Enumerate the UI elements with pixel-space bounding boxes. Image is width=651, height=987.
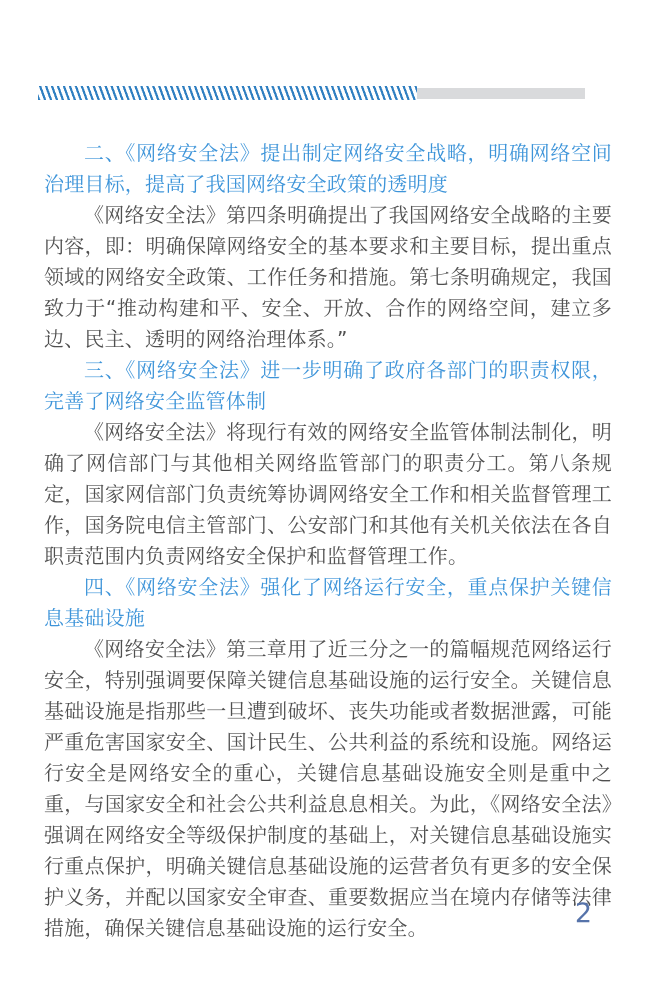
section-heading-4: 四、《网络安全法》强化了网络运行安全，重点保护关键信息基础设施 — [44, 572, 612, 634]
section-paragraph-4: 《网络安全法》第三章用了近三分之一的篇幅规范网络运行安全，特别强调要保障关键信息… — [44, 634, 612, 944]
page-content: 二、《网络安全法》提出制定网络安全战略，明确网络空间治理目标，提高了我国网络安全… — [44, 138, 612, 944]
section-paragraph-3: 《网络安全法》将现行有效的网络安全监管体制法制化，明确了网信部门与其他相关网络监… — [44, 417, 612, 572]
section-heading-2: 二、《网络安全法》提出制定网络安全战略，明确网络空间治理目标，提高了我国网络安全… — [44, 138, 612, 200]
document-page: 二、《网络安全法》提出制定网络安全战略，明确网络空间治理目标，提高了我国网络安全… — [0, 0, 651, 987]
section-paragraph-2: 《网络安全法》第四条明确提出了我国网络安全战略的主要内容，即：明确保障网络安全的… — [44, 200, 612, 355]
section-heading-3: 三、《网络安全法》进一步明确了政府各部门的职责权限，完善了网络安全监管体制 — [44, 355, 612, 417]
header-decoration — [38, 86, 585, 100]
gray-bar-ornament — [417, 88, 585, 99]
diagonal-stripes-ornament — [38, 86, 417, 100]
page-number: 2 — [575, 900, 592, 928]
